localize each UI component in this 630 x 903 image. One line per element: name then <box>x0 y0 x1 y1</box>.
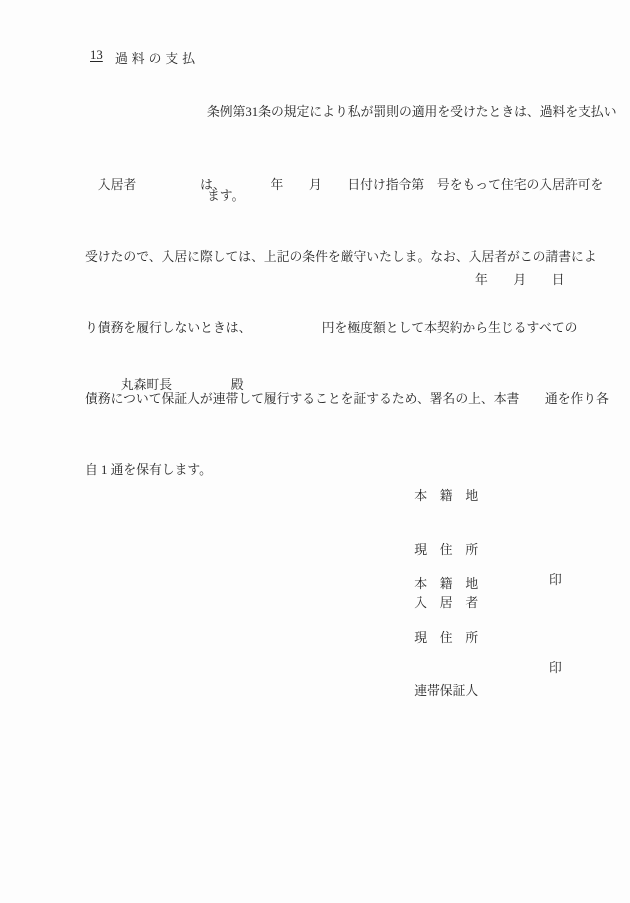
clause-13-number: 13 <box>90 48 103 63</box>
date-line: 年 月 日 <box>475 269 565 288</box>
guarantor-registered-domicile-label: 本 籍 地 <box>414 577 478 591</box>
clause-13-text-line-1: 条例第31条の規定により私が罰則の適用を受けたときは、過料を支払い <box>207 99 617 127</box>
pledge-line-5: 自 1 通を保有します。 <box>85 459 609 483</box>
addressee-title: 丸森町長 <box>121 374 231 393</box>
pledge-paragraph: 入居者 は、 年 月 日付け指令第 号をもって住宅の入居許可を 受けたので、入居… <box>85 127 609 530</box>
addressee-honorific: 殿 <box>231 378 244 392</box>
guarantor-current-address-label: 現 住 所 <box>414 631 478 645</box>
clause-13-title: 過料の支払 <box>115 48 199 67</box>
resident-registered-domicile-row: 本 籍 地 <box>395 462 478 485</box>
resident-registered-domicile-label: 本 籍 地 <box>414 489 478 503</box>
pledge-line-2: 受けたので、入居に際しては、上記の条件を厳守いたしま。なお、入居者がこの請書によ <box>85 246 609 270</box>
guarantor-name-label: 連帯保証人 <box>414 684 478 698</box>
guarantor-signature-block: 本 籍 地 現 住 所 連帯保証人 印 <box>395 520 478 710</box>
document-page: 13 過料の支払 条例第31条の規定により私が罰則の適用を受けたときは、過料を支… <box>0 0 630 903</box>
addressee-line: 丸森町長殿 <box>108 359 244 408</box>
guarantor-name-row: 連帯保証人 印 <box>395 657 478 680</box>
guarantor-registered-domicile-row: 本 籍 地 <box>395 550 478 573</box>
guarantor-current-address-row: 現 住 所 <box>395 603 478 626</box>
resident-seal-mark: 印 <box>549 569 562 592</box>
pledge-line-3: り債務を履行しないときは、 円を極度額として本契約から生じるすべての <box>85 317 609 341</box>
pledge-line-1: 入居者 は、 年 月 日付け指令第 号をもって住宅の入居許可を <box>85 174 609 198</box>
guarantor-seal-mark: 印 <box>549 657 562 680</box>
